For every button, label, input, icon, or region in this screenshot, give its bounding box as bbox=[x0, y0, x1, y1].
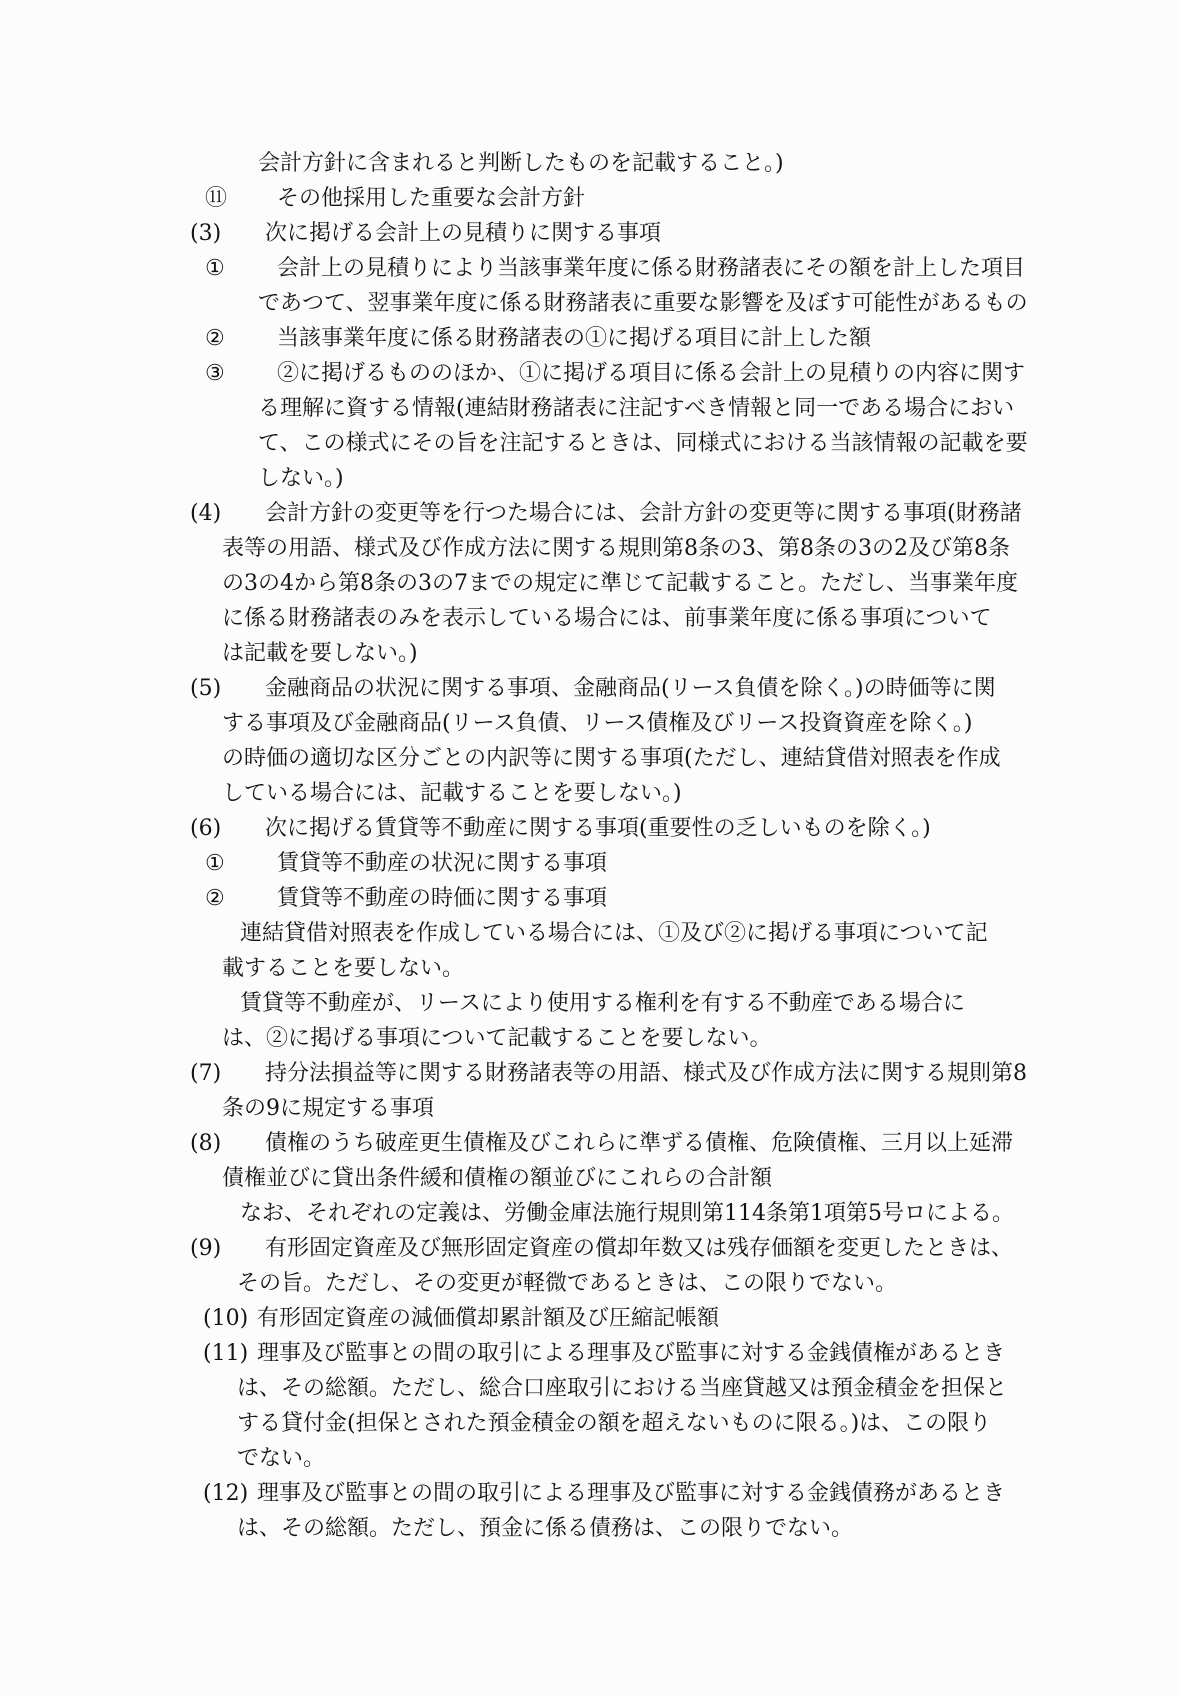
line-text: その他採用した重要な会計方針 bbox=[277, 181, 1060, 216]
line-text: 賃貸等不動産が、リースにより使用する権利を有する不動産である場合に bbox=[240, 986, 1060, 1021]
item-marker: ① bbox=[205, 846, 225, 881]
item-marker: (10) bbox=[203, 1301, 248, 1336]
line-text: る理解に資する情報(連結財務諸表に注記すべき情報と同一である場合におい bbox=[258, 391, 1060, 426]
text-line: の3の4から第8条の3の7までの規定に準じて記載すること。ただし、当事業年度 bbox=[190, 566, 1060, 601]
text-line: (9)有形固定資産及び無形固定資産の償却年数又は残存価額を変更したときは、 bbox=[190, 1231, 1060, 1266]
line-text: する貸付金(担保とされた預金積金の額を超えないものに限る。)は、この限り bbox=[237, 1406, 1060, 1441]
text-line: (5)金融商品の状況に関する事項、金融商品(リース負債を除く。)の時価等に関 bbox=[190, 671, 1060, 706]
line-text: 持分法損益等に関する財務諸表等の用語、様式及び作成方法に関する規則第8 bbox=[265, 1056, 1060, 1091]
line-text: て、この様式にその旨を注記するときは、同様式における当該情報の記載を要 bbox=[258, 426, 1060, 461]
line-text: は、その総額。ただし、預金に係る債務は、この限りでない。 bbox=[237, 1511, 1060, 1546]
line-text: 有形固定資産及び無形固定資産の償却年数又は残存価額を変更したときは、 bbox=[265, 1231, 1060, 1266]
line-text: 有形固定資産の減価償却累計額及び圧縮記帳額 bbox=[257, 1301, 1060, 1336]
text-line: であつて、翌事業年度に係る財務諸表に重要な影響を及ぼす可能性があるもの bbox=[190, 286, 1060, 321]
item-marker: ② bbox=[205, 321, 225, 356]
text-line: 会計方針に含まれると判断したものを記載すること。) bbox=[190, 146, 1060, 181]
text-line: (4)会計方針の変更等を行つた場合には、会計方針の変更等に関する事項(財務諸 bbox=[190, 496, 1060, 531]
line-text: 理事及び監事との間の取引による理事及び監事に対する金銭債務があるとき bbox=[257, 1476, 1060, 1511]
line-text: 次に掲げる賃貸等不動産に関する事項(重要性の乏しいものを除く。) bbox=[265, 811, 1060, 846]
line-text: は記載を要しない。) bbox=[222, 636, 1060, 671]
line-text: 金融商品の状況に関する事項、金融商品(リース負債を除く。)の時価等に関 bbox=[265, 671, 1060, 706]
line-text: ②に掲げるもののほか、①に掲げる項目に係る会計上の見積りの内容に関す bbox=[277, 356, 1060, 391]
line-text: でない。 bbox=[237, 1441, 1060, 1476]
text-line: (7)持分法損益等に関する財務諸表等の用語、様式及び作成方法に関する規則第8 bbox=[190, 1056, 1060, 1091]
line-text: 表等の用語、様式及び作成方法に関する規則第8条の3、第8条の3の2及び第8条 bbox=[222, 531, 1060, 566]
line-text: する事項及び金融商品(リース負債、リース債権及びリース投資資産を除く。) bbox=[222, 706, 1060, 741]
document-body: 会計方針に含まれると判断したものを記載すること。)⑪その他採用した重要な会計方針… bbox=[190, 146, 1060, 1546]
text-line: に係る財務諸表のみを表示している場合には、前事業年度に係る事項について bbox=[190, 601, 1060, 636]
line-text: 賃貸等不動産の時価に関する事項 bbox=[277, 881, 1060, 916]
text-line: ②賃貸等不動産の時価に関する事項 bbox=[190, 881, 1060, 916]
item-marker: ② bbox=[205, 881, 225, 916]
item-marker: (11) bbox=[203, 1336, 248, 1371]
text-line: (6)次に掲げる賃貸等不動産に関する事項(重要性の乏しいものを除く。) bbox=[190, 811, 1060, 846]
line-text: は、その総額。ただし、総合口座取引における当座貸越又は預金積金を担保と bbox=[237, 1371, 1060, 1406]
line-text: の時価の適切な区分ごとの内訳等に関する事項(ただし、連結貸借対照表を作成 bbox=[222, 741, 1060, 776]
line-text: 会計上の見積りにより当該事業年度に係る財務諸表にその額を計上した項目 bbox=[277, 251, 1060, 286]
text-line: している場合には、記載することを要しない。) bbox=[190, 776, 1060, 811]
line-text: の3の4から第8条の3の7までの規定に準じて記載すること。ただし、当事業年度 bbox=[222, 566, 1060, 601]
text-line: は、②に掲げる事項について記載することを要しない。 bbox=[190, 1021, 1060, 1056]
line-text: 条の9に規定する事項 bbox=[222, 1091, 1060, 1126]
text-line: する事項及び金融商品(リース負債、リース債権及びリース投資資産を除く。) bbox=[190, 706, 1060, 741]
line-text: 載することを要しない。 bbox=[222, 951, 1060, 986]
text-line: (3)次に掲げる会計上の見積りに関する事項 bbox=[190, 216, 1060, 251]
text-line: は、その総額。ただし、預金に係る債務は、この限りでない。 bbox=[190, 1511, 1060, 1546]
line-text: その旨。ただし、その変更が軽微であるときは、この限りでない。 bbox=[237, 1266, 1060, 1301]
line-text: 会計方針の変更等を行つた場合には、会計方針の変更等に関する事項(財務諸 bbox=[265, 496, 1060, 531]
text-line: 載することを要しない。 bbox=[190, 951, 1060, 986]
item-marker: (12) bbox=[203, 1476, 248, 1511]
text-line: ②当該事業年度に係る財務諸表の①に掲げる項目に計上した額 bbox=[190, 321, 1060, 356]
line-text: 理事及び監事との間の取引による理事及び監事に対する金銭債権があるとき bbox=[257, 1336, 1060, 1371]
line-text: 当該事業年度に係る財務諸表の①に掲げる項目に計上した額 bbox=[277, 321, 1060, 356]
text-line: る理解に資する情報(連結財務諸表に注記すべき情報と同一である場合におい bbox=[190, 391, 1060, 426]
text-line: 条の9に規定する事項 bbox=[190, 1091, 1060, 1126]
text-line: ⑪その他採用した重要な会計方針 bbox=[190, 181, 1060, 216]
text-line: は、その総額。ただし、総合口座取引における当座貸越又は預金積金を担保と bbox=[190, 1371, 1060, 1406]
line-text: は、②に掲げる事項について記載することを要しない。 bbox=[222, 1021, 1060, 1056]
text-line: する貸付金(担保とされた預金積金の額を超えないものに限る。)は、この限り bbox=[190, 1406, 1060, 1441]
line-text: しない。) bbox=[258, 461, 1060, 496]
text-line: て、この様式にその旨を注記するときは、同様式における当該情報の記載を要 bbox=[190, 426, 1060, 461]
line-text: している場合には、記載することを要しない。) bbox=[222, 776, 1060, 811]
line-text: なお、それぞれの定義は、労働金庫法施行規則第114条第1項第5号ロによる。 bbox=[240, 1196, 1060, 1231]
text-line: なお、それぞれの定義は、労働金庫法施行規則第114条第1項第5号ロによる。 bbox=[190, 1196, 1060, 1231]
text-line: (10)有形固定資産の減価償却累計額及び圧縮記帳額 bbox=[190, 1301, 1060, 1336]
item-marker: ① bbox=[205, 251, 225, 286]
item-marker: ⑪ bbox=[205, 181, 227, 216]
text-line: 賃貸等不動産が、リースにより使用する権利を有する不動産である場合に bbox=[190, 986, 1060, 1021]
text-line: (12)理事及び監事との間の取引による理事及び監事に対する金銭債務があるとき bbox=[190, 1476, 1060, 1511]
document-page: 会計方針に含まれると判断したものを記載すること。)⑪その他採用した重要な会計方針… bbox=[0, 0, 1181, 1695]
line-text: 賃貸等不動産の状況に関する事項 bbox=[277, 846, 1060, 881]
text-line: 表等の用語、様式及び作成方法に関する規則第8条の3、第8条の3の2及び第8条 bbox=[190, 531, 1060, 566]
text-line: ①賃貸等不動産の状況に関する事項 bbox=[190, 846, 1060, 881]
text-line: その旨。ただし、その変更が軽微であるときは、この限りでない。 bbox=[190, 1266, 1060, 1301]
line-text: に係る財務諸表のみを表示している場合には、前事業年度に係る事項について bbox=[222, 601, 1060, 636]
text-line: の時価の適切な区分ごとの内訳等に関する事項(ただし、連結貸借対照表を作成 bbox=[190, 741, 1060, 776]
line-text: 次に掲げる会計上の見積りに関する事項 bbox=[265, 216, 1060, 251]
line-text: 債権のうち破産更生債権及びこれらに準ずる債権、危険債権、三月以上延滞 bbox=[265, 1126, 1060, 1161]
line-text: 債権並びに貸出条件緩和債権の額並びにこれらの合計額 bbox=[222, 1161, 1060, 1196]
text-line: ③②に掲げるもののほか、①に掲げる項目に係る会計上の見積りの内容に関す bbox=[190, 356, 1060, 391]
line-text: 会計方針に含まれると判断したものを記載すること。) bbox=[258, 146, 1060, 181]
text-line: でない。 bbox=[190, 1441, 1060, 1476]
text-line: (11)理事及び監事との間の取引による理事及び監事に対する金銭債権があるとき bbox=[190, 1336, 1060, 1371]
item-marker: ③ bbox=[205, 356, 225, 391]
line-text: であつて、翌事業年度に係る財務諸表に重要な影響を及ぼす可能性があるもの bbox=[258, 286, 1060, 321]
text-line: は記載を要しない。) bbox=[190, 636, 1060, 671]
line-text: 連結貸借対照表を作成している場合には、①及び②に掲げる事項について記 bbox=[240, 916, 1060, 951]
text-line: しない。) bbox=[190, 461, 1060, 496]
text-line: 連結貸借対照表を作成している場合には、①及び②に掲げる事項について記 bbox=[190, 916, 1060, 951]
text-line: ①会計上の見積りにより当該事業年度に係る財務諸表にその額を計上した項目 bbox=[190, 251, 1060, 286]
text-line: (8)債権のうち破産更生債権及びこれらに準ずる債権、危険債権、三月以上延滞 bbox=[190, 1126, 1060, 1161]
text-line: 債権並びに貸出条件緩和債権の額並びにこれらの合計額 bbox=[190, 1161, 1060, 1196]
